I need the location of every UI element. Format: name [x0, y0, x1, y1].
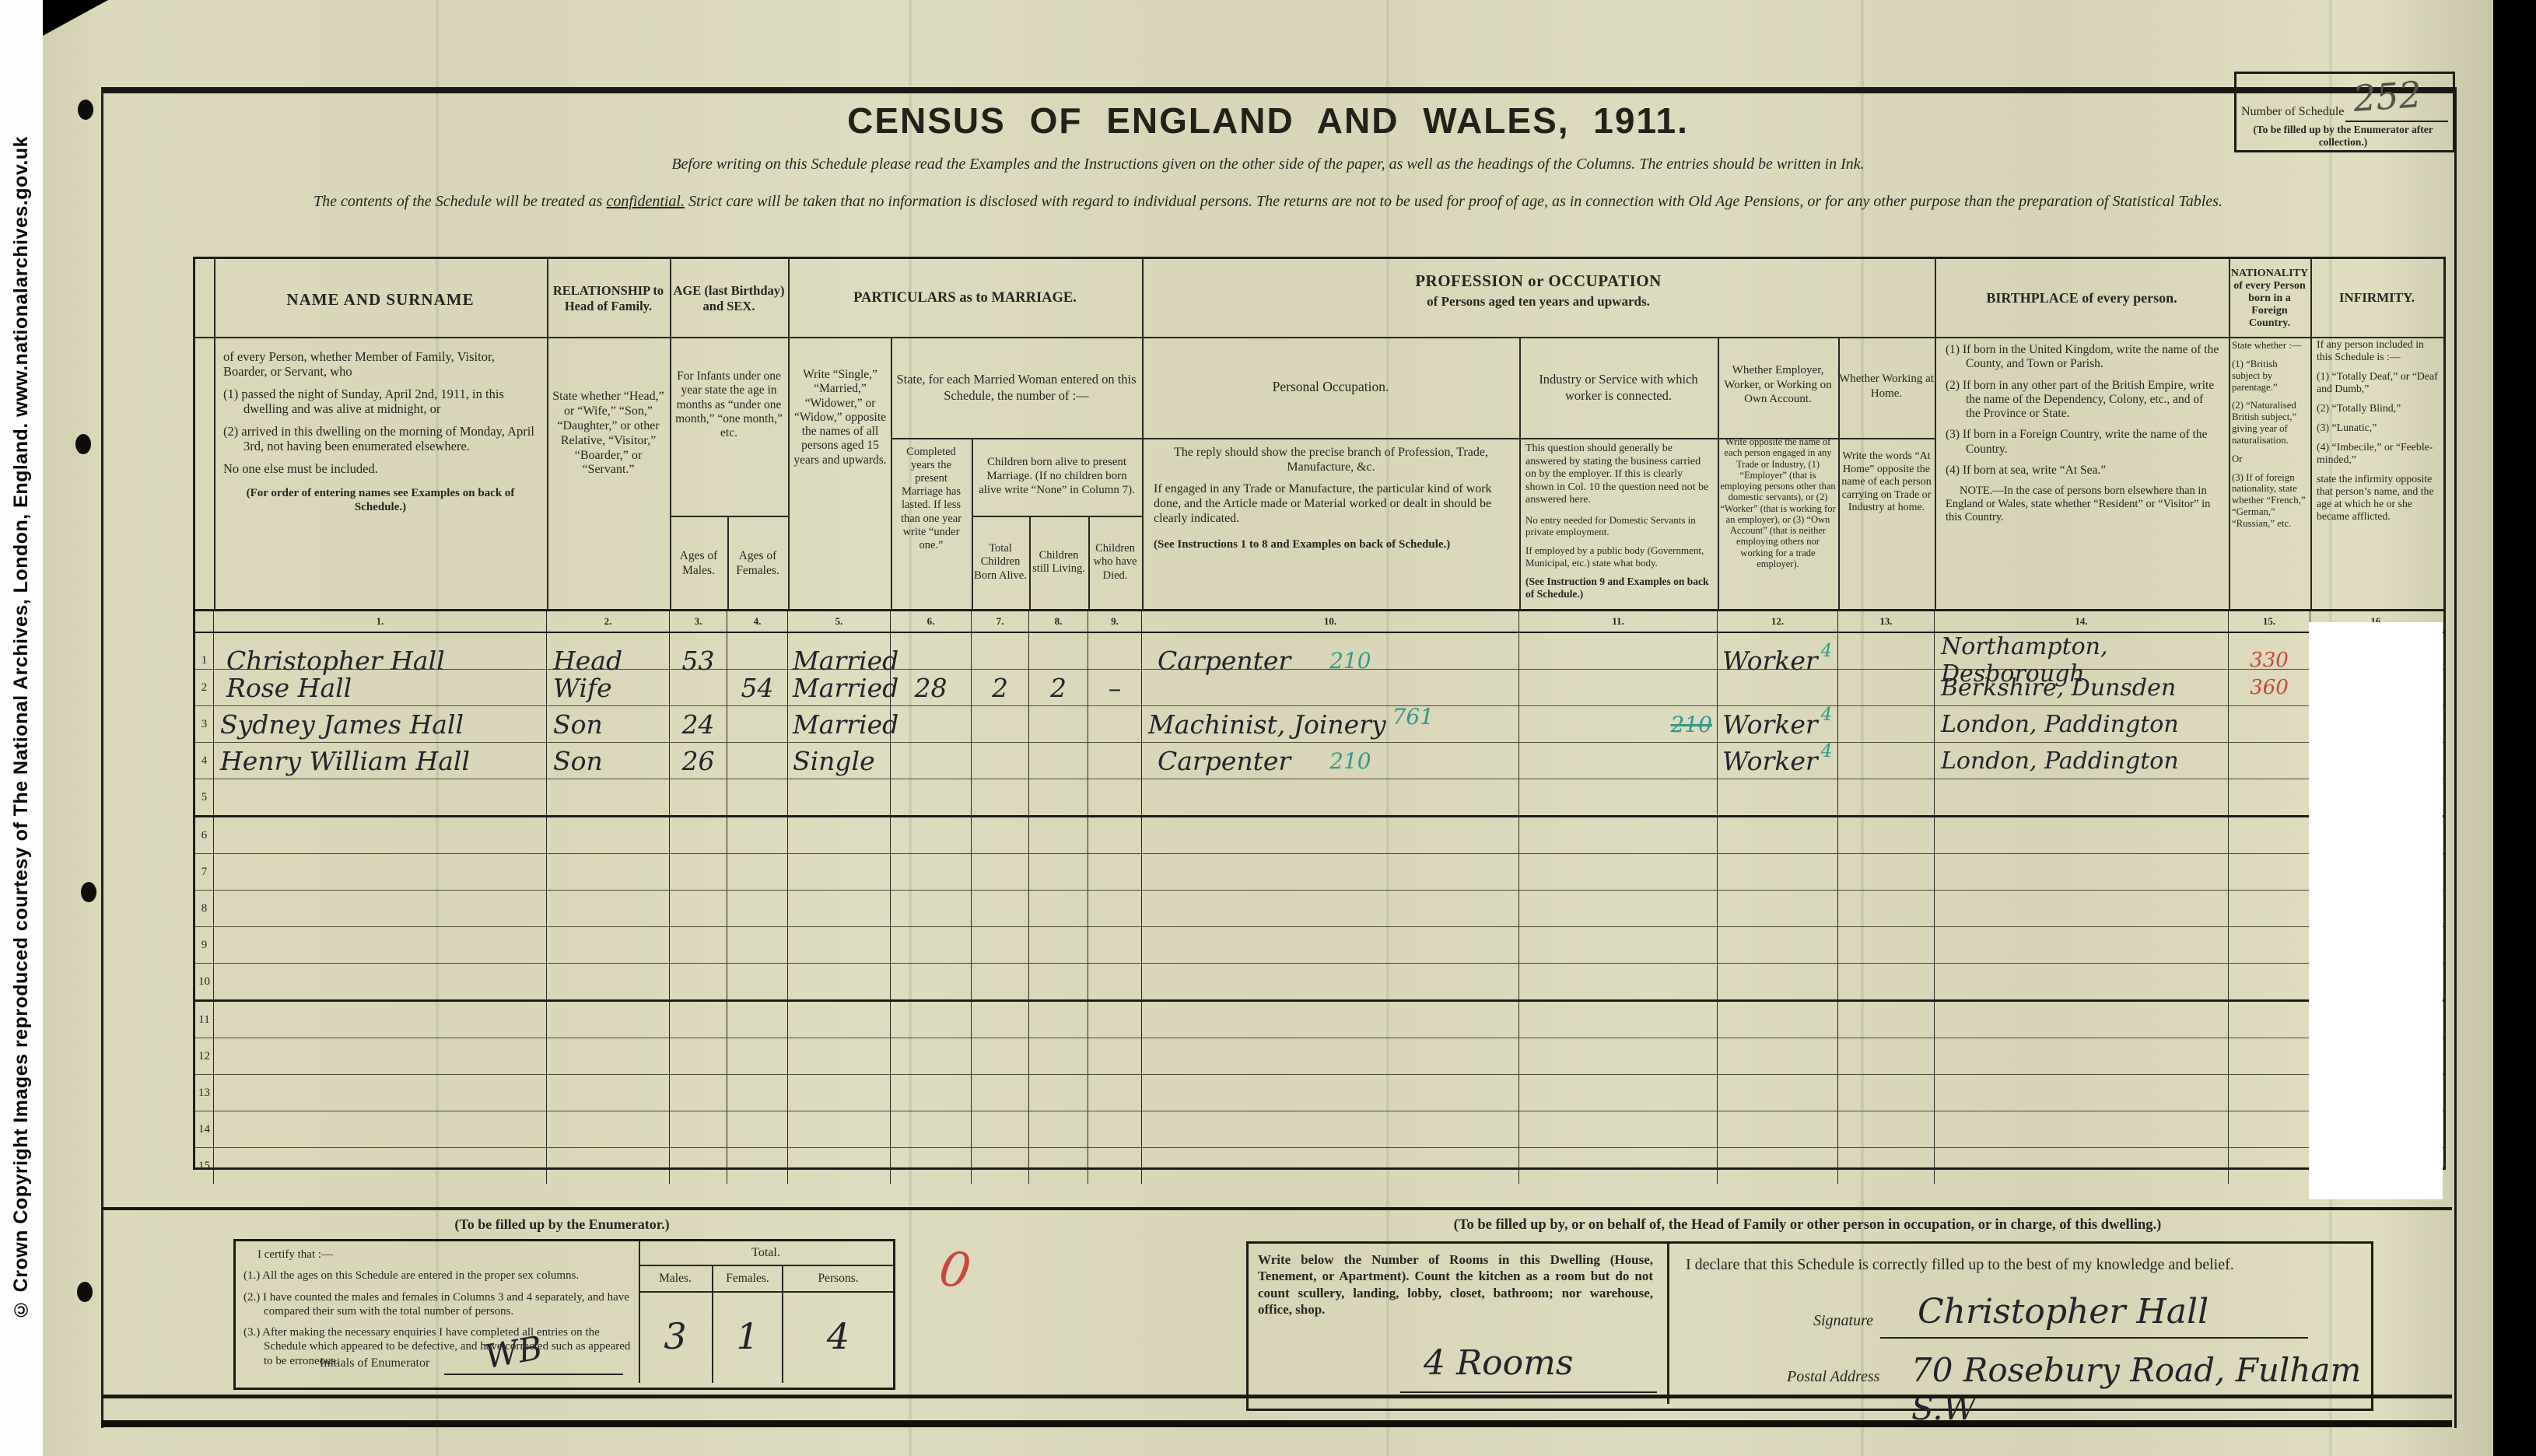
copyright-strip: © Crown Copyright Images reproduced cour…	[0, 0, 43, 1456]
children-born-header: Children born alive to present Marriage.…	[972, 441, 1142, 511]
schedule-number-label: Number of Schedule	[2241, 105, 2344, 119]
certify-text: I certify that :— (1.) All the ages on t…	[243, 1248, 631, 1375]
table-row-9: 9	[195, 927, 2443, 964]
occupation-entry: Carpenter	[1158, 746, 1291, 776]
col13-desc: Write the words “At Home” opposite the n…	[1841, 450, 1932, 515]
females-total: 1	[713, 1293, 782, 1380]
form-bottom-line-1	[101, 1395, 2452, 1398]
birthplace-entry: Berkshire, Dunsden	[1941, 674, 2176, 702]
hole-punch	[75, 434, 91, 454]
col-age-desc: For Infants under one year state the age…	[674, 369, 784, 440]
persons-label: Persons.	[783, 1268, 893, 1290]
marriage-section-title: PARTICULARS as to MARRIAGE.	[788, 281, 1142, 315]
persons-total: 4	[783, 1293, 893, 1380]
occupation-code: 761	[1392, 704, 1434, 730]
children-died-entry: –	[1109, 673, 1122, 703]
col-ages-females: Ages of Females.	[727, 523, 788, 604]
col-infirmity-title: INFIRMITY.	[2310, 282, 2443, 313]
table-row-8: 8	[195, 891, 2443, 927]
col15-desc: State whether :— (1) “British subject by…	[2232, 340, 2308, 537]
footer-separator-line	[101, 1207, 2452, 1210]
employment-code: 4	[1821, 641, 1833, 661]
employment-code: 4	[1821, 741, 1833, 761]
table-row-6: 6	[195, 817, 2443, 854]
birthplace-entry: London, Paddington	[1941, 711, 2179, 738]
col12-title: Whether Employer, Worker, or Working on …	[1718, 341, 1838, 429]
name-entry: Henry William Hall	[220, 746, 470, 776]
enumerator-section-title: (To be filled up by the Enumerator.)	[233, 1216, 891, 1233]
married-woman-statement: State, for each Married Woman entered on…	[891, 343, 1142, 433]
col10-title: Personal Occupation.	[1142, 362, 1519, 411]
name-entry: Sydney James Hall	[220, 709, 464, 740]
marital-entry: Single	[793, 746, 875, 776]
confidential-underlined: confidential.	[606, 193, 685, 210]
redaction-patch	[2309, 622, 2443, 1199]
age-male-entry: 26	[682, 746, 715, 776]
table-row-10: 10	[195, 964, 2443, 1002]
col13-title: Whether Working at Home.	[1838, 349, 1935, 424]
employment-code: 4	[1821, 705, 1833, 725]
page-title: CENSUS OF ENGLAND AND WALES, 1911.	[490, 100, 2046, 142]
marital-entry: Married	[793, 673, 898, 703]
col5-desc: Write “Single,” “Married,” “Widower,” or…	[793, 368, 888, 467]
years-married-entry: 28	[915, 673, 947, 703]
initials-label: Initials of Enumerator	[320, 1356, 429, 1370]
table-row-3: 3 Sydney James Hall Son 24 Married Machi…	[195, 706, 2443, 743]
col9-label: Children who have Died.	[1088, 520, 1142, 604]
col-ages-males: Ages of Males.	[670, 523, 727, 604]
relationship-entry: Son	[553, 709, 603, 740]
rooms-value: 4 Rooms	[1424, 1343, 1573, 1383]
col-relationship-desc: State whether “Head,” or “Wife,” “Son,” …	[551, 390, 666, 478]
col-nationality-title: NATIONALITY of every Person born in a Fo…	[2230, 264, 2309, 334]
enumerator-box: I certify that :— (1.) All the ages on t…	[233, 1239, 895, 1390]
col11-title: Industry or Service with which worker is…	[1519, 351, 1718, 425]
table-body: 1 Christopher Hall Head 53 Married Carpe…	[195, 633, 2443, 1184]
profession-section-title: PROFESSION or OCCUPATION of Persons aged…	[1142, 271, 1935, 310]
col12-desc: Write opposite the name of each person e…	[1720, 436, 1836, 569]
row-number: 2	[195, 670, 214, 705]
column-number-strip: 1.2. 3.4. 5.6. 7.8. 9.10. 11.12. 13.14. …	[195, 609, 2443, 633]
hole-punch	[81, 882, 96, 902]
col11-desc: This question should generally be answer…	[1525, 443, 1712, 607]
instruction-line-1: Before writing on this Schedule please r…	[296, 156, 2240, 173]
signature-label: Signature	[1813, 1312, 1873, 1330]
nationality-code-annotation: 330	[2250, 649, 2289, 672]
table-row-1: 1 Christopher Hall Head 53 Married Carpe…	[195, 633, 2443, 670]
head-declaration-box: Write below the Number of Rooms in this …	[1246, 1241, 2373, 1411]
table-row-14: 14	[195, 1111, 2443, 1148]
table-row-5: 5	[195, 779, 2443, 817]
industry-code-struck: 210	[1671, 712, 1712, 737]
census-table: NAME AND SURNAME RELATIONSHIP to Head of…	[193, 257, 2446, 1170]
total-label: Total.	[639, 1243, 893, 1263]
schedule-number-box: Number of Schedule 252 (To be filled up …	[2234, 72, 2455, 152]
col-age-title: AGE (last Birthday) and SEX.	[673, 264, 785, 334]
col14-desc: (1) If born in the United Kingdom, write…	[1946, 343, 2219, 532]
rooms-instruction: Write below the Number of Rooms in this …	[1258, 1251, 1653, 1318]
col-name-title: NAME AND SURNAME	[214, 265, 547, 334]
children-living-entry: 2	[1050, 673, 1067, 703]
schedule-number-value: 252	[2352, 73, 2422, 120]
hole-punch	[78, 100, 93, 120]
hole-punch	[77, 1282, 93, 1302]
birthplace-entry: London, Paddington	[1941, 747, 2179, 775]
females-label: Females.	[713, 1268, 782, 1290]
age-male-entry: 24	[682, 709, 715, 740]
table-row-4: 4 Henry William Hall Son 26 Single Carpe…	[195, 743, 2443, 779]
col16-desc: If any person included in this Schedule …	[2317, 338, 2438, 530]
employment-entry: Worker	[1722, 746, 1818, 776]
col-birthplace-title: BIRTHPLACE of every person.	[1935, 270, 2229, 326]
paper-corner-tear	[43, 0, 108, 36]
col-name-desc: of every Person, whether Member of Famil…	[223, 349, 538, 522]
relationship-entry: Son	[553, 746, 603, 776]
children-born-entry: 2	[992, 673, 1008, 703]
signature-value: Christopher Hall	[1918, 1292, 2208, 1332]
name-entry: Rose Hall	[226, 673, 352, 703]
row-number: 3	[195, 706, 214, 742]
table-row-7: 7	[195, 854, 2443, 891]
col6-desc: Completed years the present Marriage has…	[894, 446, 969, 552]
col7-label: Total Children Born Alive.	[972, 520, 1029, 604]
males-total: 3	[639, 1293, 712, 1380]
marital-entry: Married	[793, 709, 898, 740]
table-row-11: 11	[195, 1002, 2443, 1038]
postal-address-value: 70 Rosebury Road, Fulham S.W	[1911, 1351, 2371, 1427]
table-row-12: 12	[195, 1038, 2443, 1075]
instruction-line-2: The contents of the Schedule will be tre…	[117, 190, 2419, 214]
nationality-code-annotation: 360	[2250, 676, 2289, 699]
row-number: 4	[195, 743, 214, 779]
head-section-title: (To be filled up by, or on behalf of, th…	[1246, 1217, 2369, 1234]
form-bottom-line-2	[101, 1420, 2452, 1427]
males-label: Males.	[639, 1268, 712, 1290]
schedule-number-note: (To be filled up by the Enumerator after…	[2240, 124, 2447, 148]
census-screenshot: { "sidebar": { "copyright": "© Crown Cop…	[0, 0, 2536, 1456]
table-row-15: 15	[195, 1148, 2443, 1184]
employment-entry: Worker	[1722, 709, 1818, 740]
occupation-entry: Machinist, Joinery	[1148, 709, 1386, 740]
declaration-text: I declare that this Schedule is correctl…	[1686, 1256, 2363, 1275]
col10-desc: The reply should show the precise branch…	[1154, 446, 1508, 559]
col-relationship-title: RELATIONSHIP to Head of Family.	[547, 264, 670, 334]
postal-address-label: Postal Address	[1787, 1368, 1879, 1386]
col8-label: Children still Living.	[1029, 520, 1088, 604]
occupation-code: 210	[1329, 748, 1371, 774]
age-female-entry: 54	[741, 673, 774, 703]
relationship-entry: Wife	[553, 673, 612, 703]
table-row-2: 2 Rose Hall Wife 54 Married 28 2 2 – Ber…	[195, 670, 2443, 706]
table-row-13: 13	[195, 1075, 2443, 1111]
copyright-text: © Crown Copyright Images reproduced cour…	[10, 136, 33, 1320]
